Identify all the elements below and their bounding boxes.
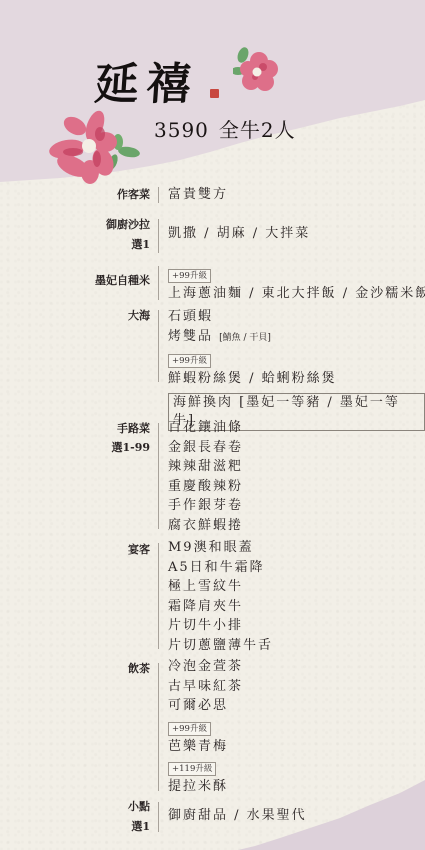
section-items: +99升級 上海蔥油麵 / 東北大拌飯 / 金沙糯米飯 bbox=[168, 263, 425, 304]
menu-item: 烤雙品 [鯖魚 / 干貝] bbox=[168, 327, 425, 349]
menu-item: 極上雪紋牛 bbox=[168, 577, 273, 597]
section-choice-note: 選1 bbox=[131, 234, 150, 256]
menu-item: 辣辣甜滋粑 bbox=[168, 457, 243, 477]
package-subtitle: 3590全牛2人 bbox=[154, 114, 296, 143]
upgrade-tag: +99升級 bbox=[168, 354, 211, 368]
menu-item: 可爾必思 bbox=[168, 696, 243, 716]
section-items: 石頭蝦 烤雙品 [鯖魚 / 干貝] +99升級 鮮蝦粉絲煲 / 蛤蜊粉絲煲 海鮮… bbox=[168, 307, 425, 431]
section-label: 墨妃自種米 bbox=[95, 270, 150, 292]
menu-item: 御廚甜品 / 水果聖代 bbox=[168, 806, 307, 826]
section-divider bbox=[158, 266, 159, 300]
section-divider bbox=[158, 187, 159, 203]
menu-item: M9澳和眼蓋 bbox=[168, 538, 273, 558]
menu-item: 芭樂青梅 bbox=[168, 737, 243, 757]
menu-item: A5日和牛霜降 bbox=[168, 558, 273, 578]
section-divider bbox=[158, 663, 159, 791]
flower-large-icon bbox=[45, 104, 145, 184]
section-choice-note: 選1 bbox=[131, 816, 150, 838]
section-divider bbox=[158, 802, 159, 832]
section-items: 富貴雙方 bbox=[168, 185, 228, 205]
package-price: 3590 bbox=[154, 118, 209, 142]
menu-item: 霜降肩夾牛 bbox=[168, 597, 273, 617]
menu-item: 重慶酸辣粉 bbox=[168, 477, 243, 497]
menu-item: 上海蔥油麵 / 東北大拌飯 / 金沙糯米飯 bbox=[168, 284, 425, 304]
section-items: 御廚甜品 / 水果聖代 bbox=[168, 806, 307, 826]
upgrade-tag: +99升級 bbox=[168, 722, 211, 736]
menu-item-note: [鯖魚 / 干貝] bbox=[219, 333, 271, 343]
menu-item: 手作銀芽卷 bbox=[168, 496, 243, 516]
menu-item: 古早味紅茶 bbox=[168, 677, 243, 697]
menu-item: 金銀長春卷 bbox=[168, 438, 243, 458]
section-label: 小點 bbox=[128, 796, 150, 818]
section-divider bbox=[158, 219, 159, 253]
menu-item: 百花鑲油條 bbox=[168, 418, 243, 438]
section-items: M9澳和眼蓋 A5日和牛霜降 極上雪紋牛 霜降肩夾牛 片切牛小排 片切蔥鹽薄牛舌 bbox=[168, 538, 273, 655]
menu-item: 富貴雙方 bbox=[168, 185, 228, 205]
package-name: 全牛2人 bbox=[219, 118, 296, 142]
menu-item: 提拉米酥 bbox=[168, 777, 243, 797]
section-divider bbox=[158, 543, 159, 649]
section-label: 飲茶 bbox=[128, 658, 150, 680]
seal-stamp-icon bbox=[210, 89, 219, 98]
menu-item: 片切牛小排 bbox=[168, 616, 273, 636]
section-divider bbox=[158, 310, 159, 382]
section-items: 凱撒 / 胡麻 / 大拌菜 bbox=[168, 224, 310, 244]
section-label: 作客菜 bbox=[117, 184, 150, 206]
restaurant-title: 延禧 bbox=[93, 48, 201, 112]
section-items: 百花鑲油條 金銀長春卷 辣辣甜滋粑 重慶酸辣粉 手作銀芽卷 腐衣鮮蝦捲 bbox=[168, 418, 243, 535]
menu-item: 凱撒 / 胡麻 / 大拌菜 bbox=[168, 224, 310, 244]
section-items: 冷泡金萱茶 古早味紅茶 可爾必思 +99升級 芭樂青梅 +119升級 提拉米酥 bbox=[168, 657, 243, 797]
menu-item: 片切蔥鹽薄牛舌 bbox=[168, 636, 273, 656]
section-label: 宴客 bbox=[128, 539, 150, 561]
upgrade-tag: +119升級 bbox=[168, 762, 216, 776]
section-choice-note: 選1-99 bbox=[111, 437, 150, 459]
upgrade-tag: +99升級 bbox=[168, 269, 211, 283]
menu-item: 冷泡金萱茶 bbox=[168, 657, 243, 677]
section-label: 大海 bbox=[128, 305, 150, 327]
flower-small-icon bbox=[233, 47, 281, 95]
menu-item: 鮮蝦粉絲煲 / 蛤蜊粉絲煲 bbox=[168, 369, 425, 389]
menu-item-name: 烤雙品 bbox=[168, 329, 213, 344]
section-divider bbox=[158, 423, 159, 529]
menu-item: 石頭蝦 bbox=[168, 307, 425, 327]
section-label: 御廚沙拉 bbox=[106, 214, 150, 236]
menu-item: 腐衣鮮蝦捲 bbox=[168, 516, 243, 536]
